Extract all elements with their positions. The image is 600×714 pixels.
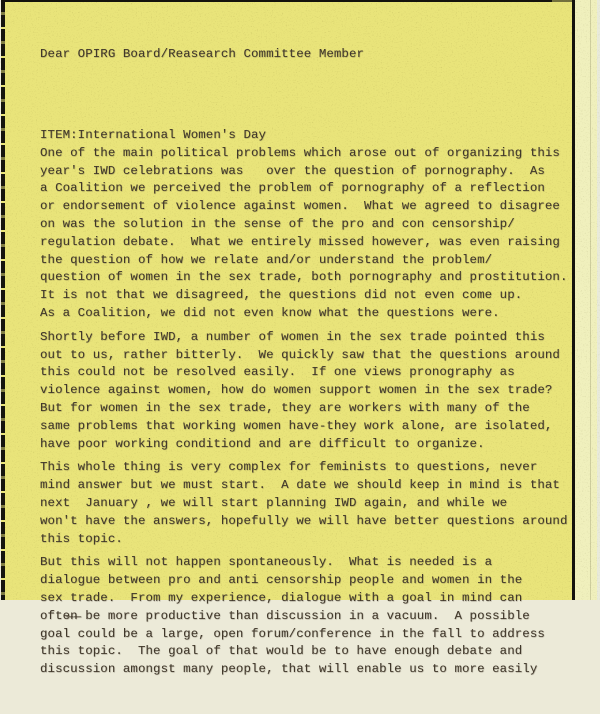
letter-body: Dear OPIRG Board/Reasearch Committee Mem… (40, 10, 575, 600)
paragraph: This whole thing is very complex for fem… (40, 459, 575, 548)
scan-margin-strip (575, 0, 600, 600)
paragraph: ITEM:International Women's Day One of th… (40, 127, 575, 323)
scan-edge-top (0, 0, 600, 2)
document-paragraphs: ITEM:International Women's Day One of th… (40, 127, 575, 600)
paragraph: Shortly before IWD, a number of women in… (40, 329, 575, 454)
salutation: Dear OPIRG Board/Reasearch Committee Mem… (40, 46, 575, 64)
scanned-letter-page: Dear OPIRG Board/Reasearch Committee Mem… (0, 0, 600, 600)
paragraph: But this will not happen spontaneously. … (40, 554, 575, 600)
margin-fold-line (590, 0, 591, 600)
scan-edge-left (1, 0, 5, 600)
